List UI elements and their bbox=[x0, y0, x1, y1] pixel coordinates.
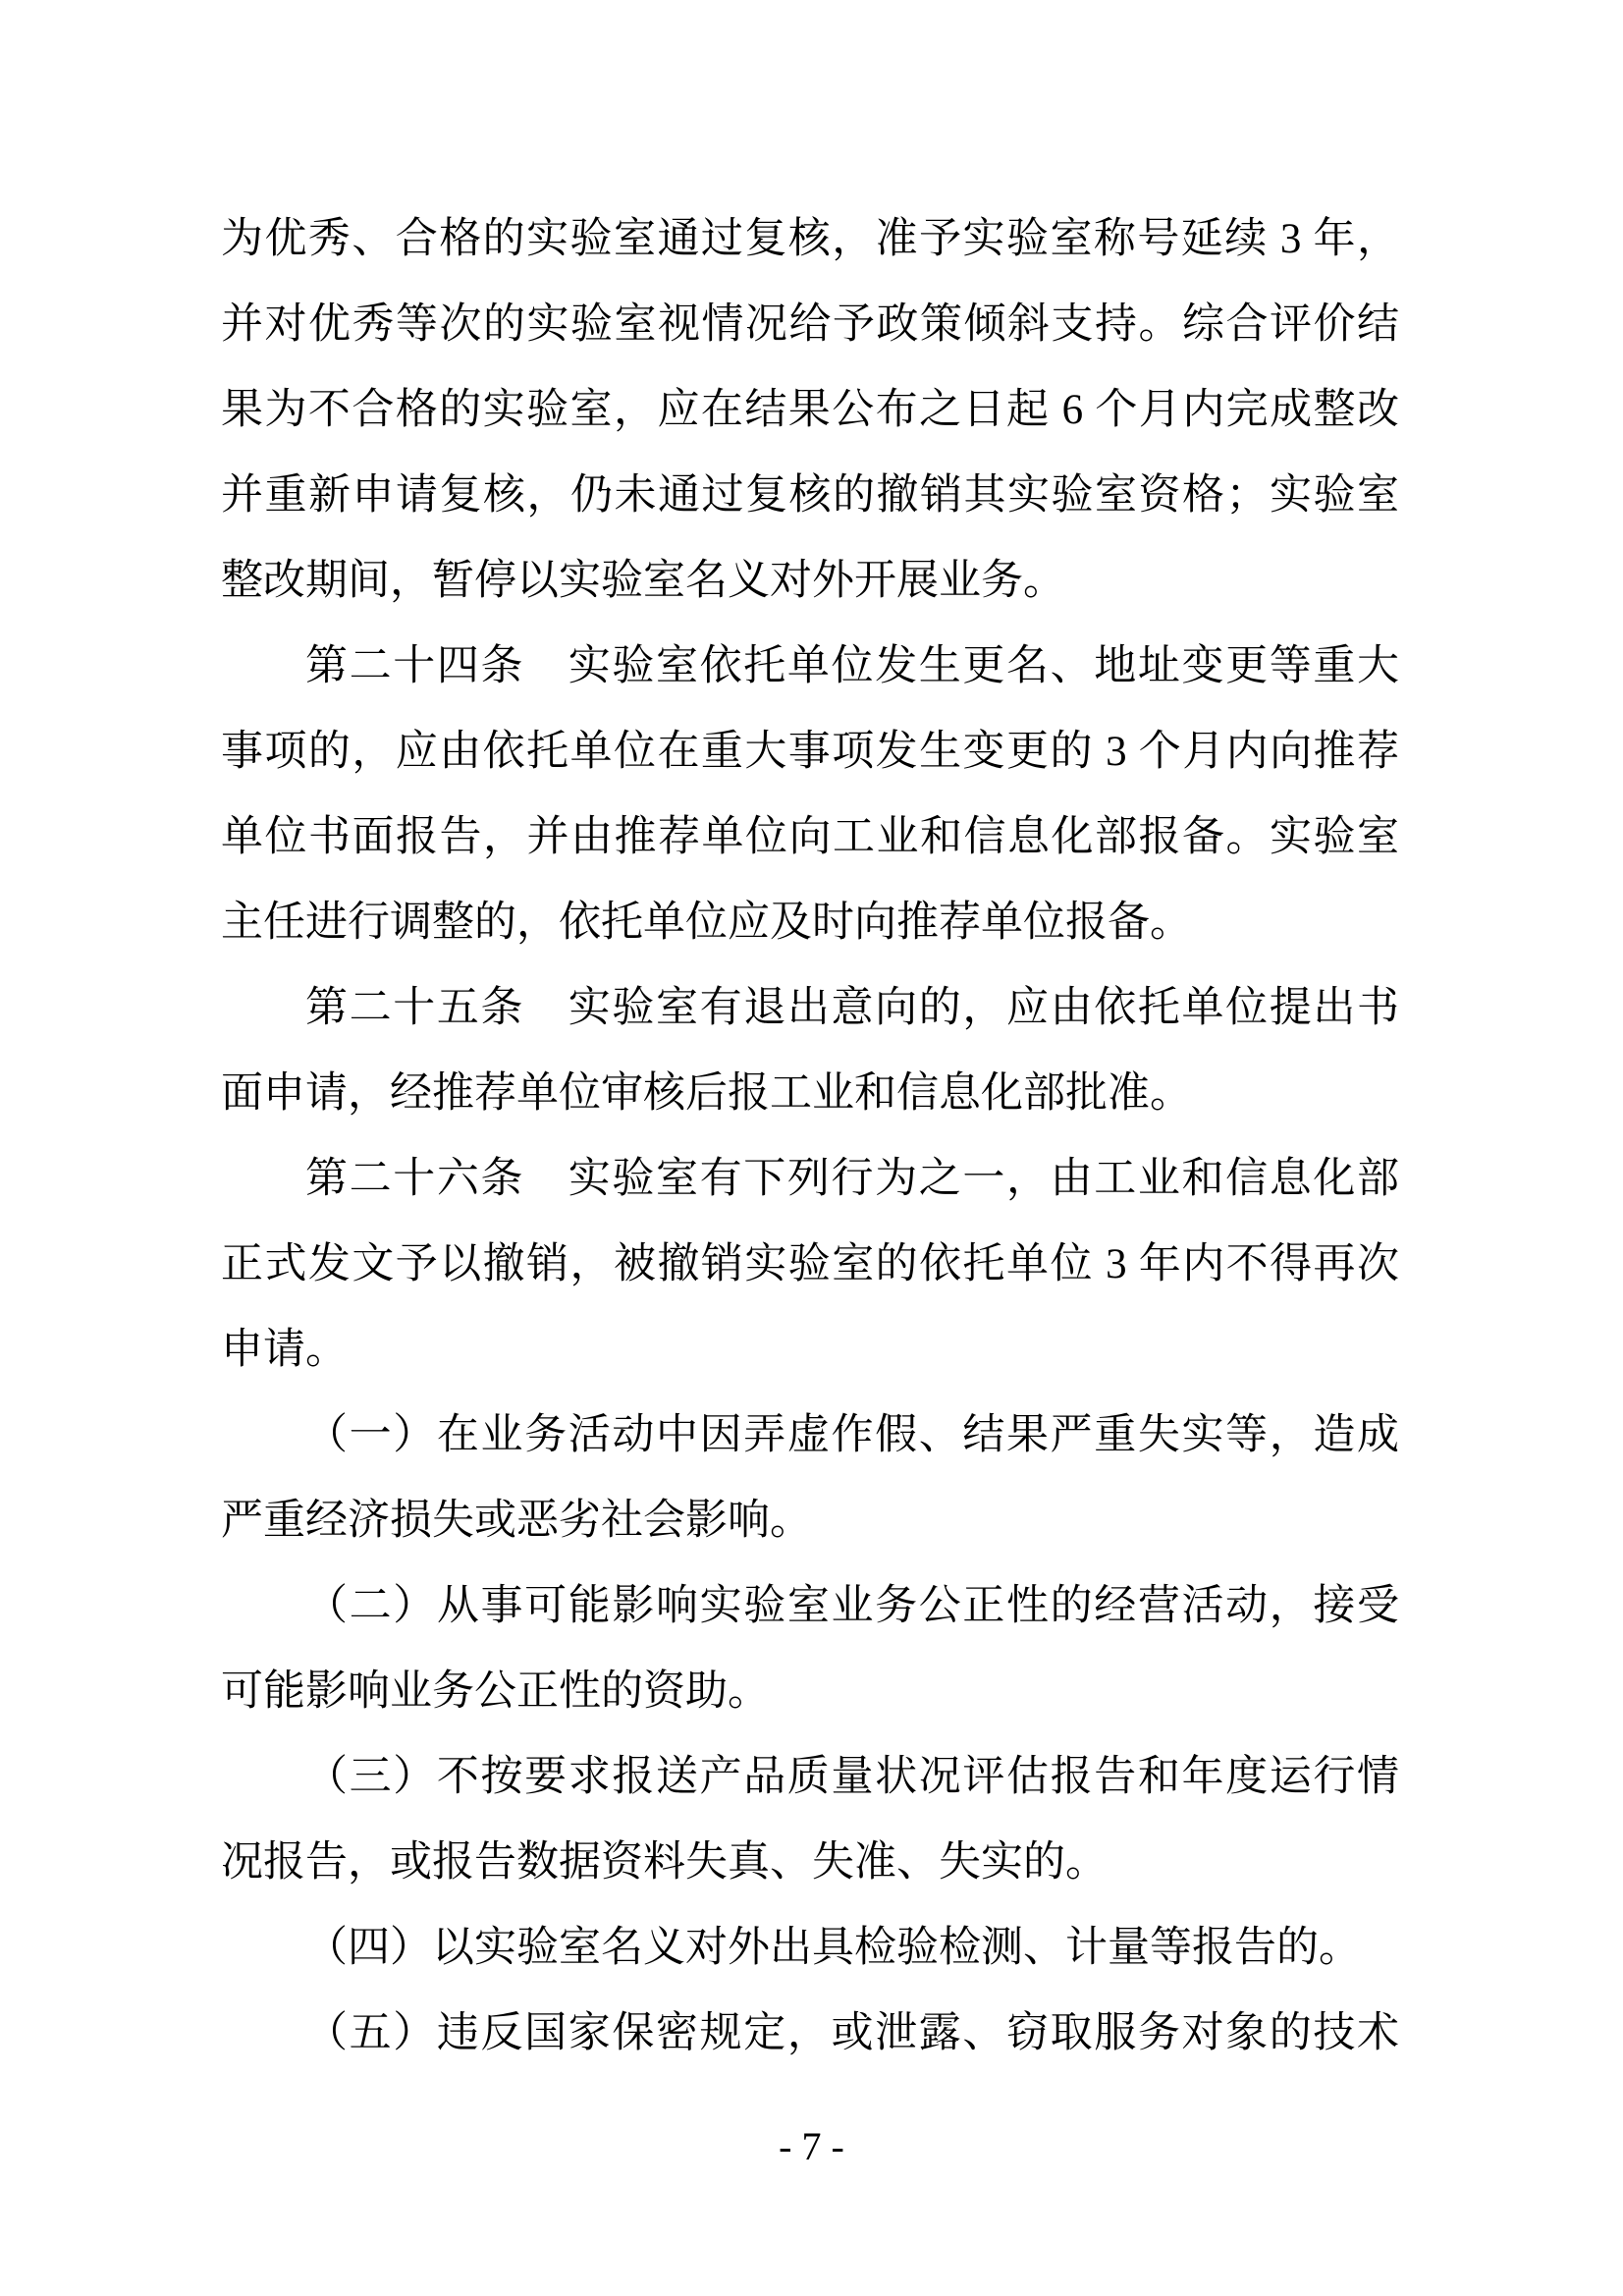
page-number: - 7 - bbox=[0, 2123, 1623, 2170]
text-line: 事项的，应由依托单位在重大事项发生变更的 3 个月内向推荐 bbox=[221, 709, 1399, 794]
text-line: 申请。 bbox=[221, 1307, 1399, 1393]
body-text: 为优秀、合格的实验室通过复核，准予实验室称号延续 3 年， 并对优秀等次的实验室… bbox=[221, 196, 1399, 2076]
text-line: 可能影响业务公正性的资助。 bbox=[221, 1649, 1399, 1734]
text-line: 并对优秀等次的实验室视情况给予政策倾斜支持。综合评价结 bbox=[221, 282, 1399, 367]
text-line: 并重新申请复核，仍未通过复核的撤销其实验室资格；实验室 bbox=[221, 453, 1399, 538]
text-line-item-1: （一）在业务活动中因弄虚作假、结果严重失实等，造成 bbox=[221, 1393, 1399, 1478]
text-line: 正式发文予以撤销，被撤销实验室的依托单位 3 年内不得再次 bbox=[221, 1222, 1399, 1307]
text-line: 面申请，经推荐单位审核后报工业和信息化部批准。 bbox=[221, 1051, 1399, 1136]
text-line: 主任进行调整的，依托单位应及时向推荐单位报备。 bbox=[221, 880, 1399, 965]
text-line: 果为不合格的实验室，应在结果公布之日起 6 个月内完成整改 bbox=[221, 367, 1399, 453]
text-line-item-5: （五）违反国家保密规定，或泄露、窃取服务对象的技术 bbox=[221, 1991, 1399, 2076]
text-line: 为优秀、合格的实验室通过复核，准予实验室称号延续 3 年， bbox=[221, 196, 1399, 282]
text-line-item-3: （三）不按要求报送产品质量状况评估报告和年度运行情 bbox=[221, 1734, 1399, 1820]
text-line-article-25: 第二十五条 实验室有退出意向的，应由依托单位提出书 bbox=[221, 965, 1399, 1051]
text-line-item-2: （二）从事可能影响实验室业务公正性的经营活动，接受 bbox=[221, 1563, 1399, 1649]
text-line: 单位书面报告，并由推荐单位向工业和信息化部报备。实验室 bbox=[221, 794, 1399, 880]
text-line: 况报告，或报告数据资料失真、失准、失实的。 bbox=[221, 1820, 1399, 1905]
text-line-item-4: （四）以实验室名义对外出具检验检测、计量等报告的。 bbox=[221, 1905, 1399, 1991]
text-line-article-24: 第二十四条 实验室依托单位发生更名、地址变更等重大 bbox=[221, 624, 1399, 709]
text-line-article-26: 第二十六条 实验室有下列行为之一，由工业和信息化部 bbox=[221, 1136, 1399, 1222]
document-page: 为优秀、合格的实验室通过复核，准予实验室称号延续 3 年， 并对优秀等次的实验室… bbox=[0, 0, 1623, 2296]
text-line: 整改期间，暂停以实验室名义对外开展业务。 bbox=[221, 538, 1399, 624]
text-line: 严重经济损失或恶劣社会影响。 bbox=[221, 1478, 1399, 1563]
